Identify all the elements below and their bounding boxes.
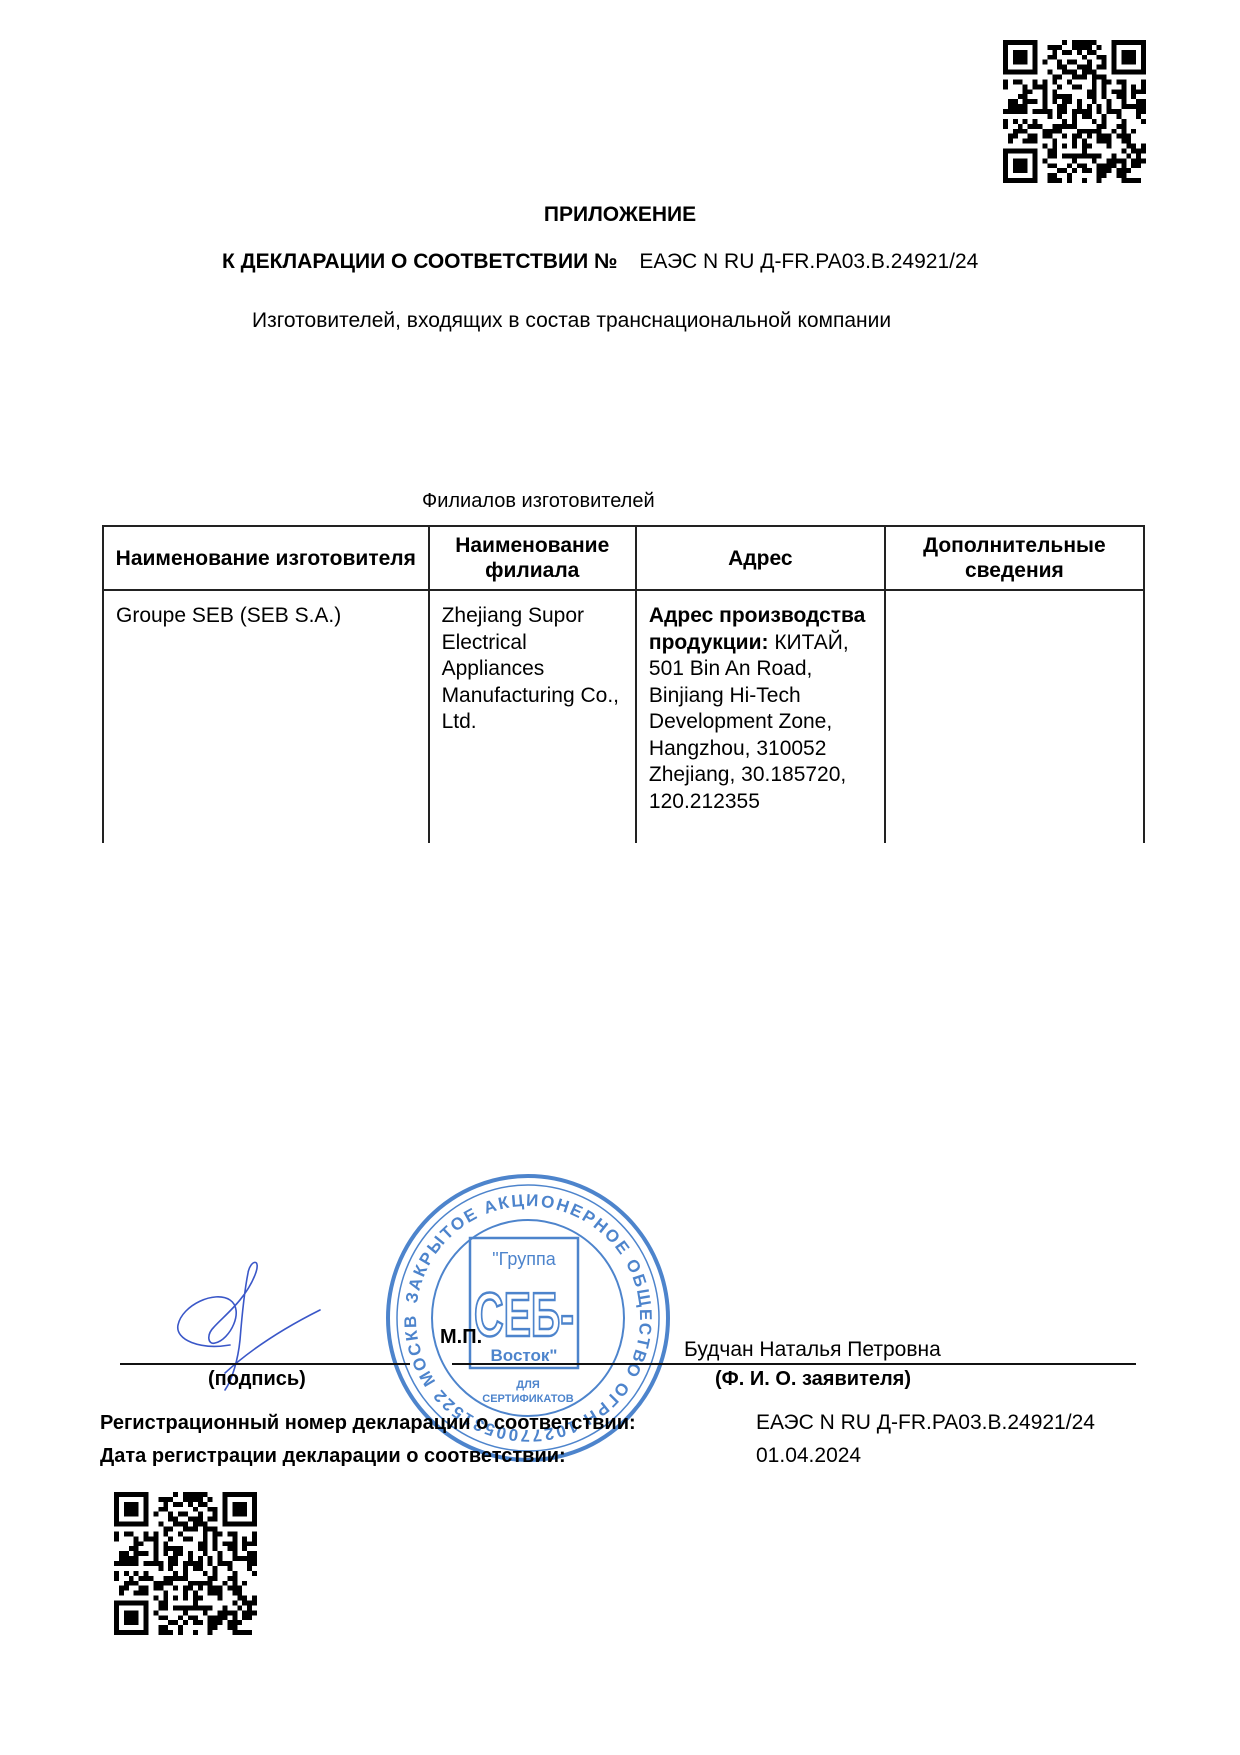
registration-date-value: 01.04.2024 bbox=[756, 1444, 861, 1468]
page-title: ПРИЛОЖЕНИЕ bbox=[0, 203, 1240, 227]
signature-line bbox=[120, 1363, 410, 1365]
branches-table: Наименование изготовителя Наименование ф… bbox=[102, 525, 1145, 843]
registration-number-value: ЕАЭС N RU Д-FR.PA03.B.24921/24 bbox=[756, 1411, 1095, 1435]
declaration-number: ЕАЭС N RU Д-FR.PA03.B.24921/24 bbox=[639, 250, 978, 273]
mp-label: М.П. bbox=[440, 1326, 482, 1349]
registration-number-label: Регистрационный номер декларации о соотв… bbox=[100, 1412, 636, 1435]
qr-code-icon bbox=[1003, 40, 1146, 183]
cell-branch: Zhejiang Supor Electrical Appliances Man… bbox=[429, 590, 636, 843]
svg-text:ДЛЯ: ДЛЯ bbox=[516, 1379, 540, 1391]
column-header-branch: Наименование филиала bbox=[429, 526, 636, 590]
page-subtitle: Изготовителей, входящих в состав трансна… bbox=[252, 309, 891, 333]
table-header-row: Наименование изготовителя Наименование ф… bbox=[103, 526, 1144, 590]
table-caption: Филиалов изготовителей bbox=[422, 490, 655, 513]
column-header-manufacturer: Наименование изготовителя bbox=[103, 526, 429, 590]
declaration-label: К ДЕКЛАРАЦИИ О СООТВЕТСТВИИ № bbox=[222, 250, 617, 273]
column-header-additional: Дополнительные сведения bbox=[885, 526, 1144, 590]
table-row: Groupe SEB (SEB S.A.) Zhejiang Supor Ele… bbox=[103, 590, 1144, 843]
applicant-name-line bbox=[452, 1363, 1136, 1365]
address-value: КИТАЙ, 501 Bin An Road, Binjiang Hi-Tech… bbox=[649, 631, 849, 813]
cell-address: Адрес производства продукции: КИТАЙ, 501… bbox=[636, 590, 885, 843]
applicant-name: Будчан Наталья Петровна bbox=[684, 1338, 941, 1362]
qr-code-icon bbox=[114, 1492, 257, 1635]
column-header-address: Адрес bbox=[636, 526, 885, 590]
cell-manufacturer: Groupe SEB (SEB S.A.) bbox=[103, 590, 429, 843]
registration-date-label: Дата регистрации декларации о соответств… bbox=[100, 1445, 566, 1468]
svg-text:СЕБ-: СЕБ- bbox=[474, 1281, 574, 1350]
applicant-caption: (Ф. И. О. заявителя) bbox=[715, 1368, 911, 1391]
svg-text:"Группа: "Группа bbox=[492, 1249, 556, 1269]
svg-text:СЕРТИФИКАТОВ: СЕРТИФИКАТОВ bbox=[482, 1393, 574, 1405]
signature-caption: (подпись) bbox=[208, 1368, 306, 1391]
declaration-heading: К ДЕКЛАРАЦИИ О СООТВЕТСТВИИ №ЕАЭС N RU Д… bbox=[222, 250, 978, 274]
cell-additional bbox=[885, 590, 1144, 843]
